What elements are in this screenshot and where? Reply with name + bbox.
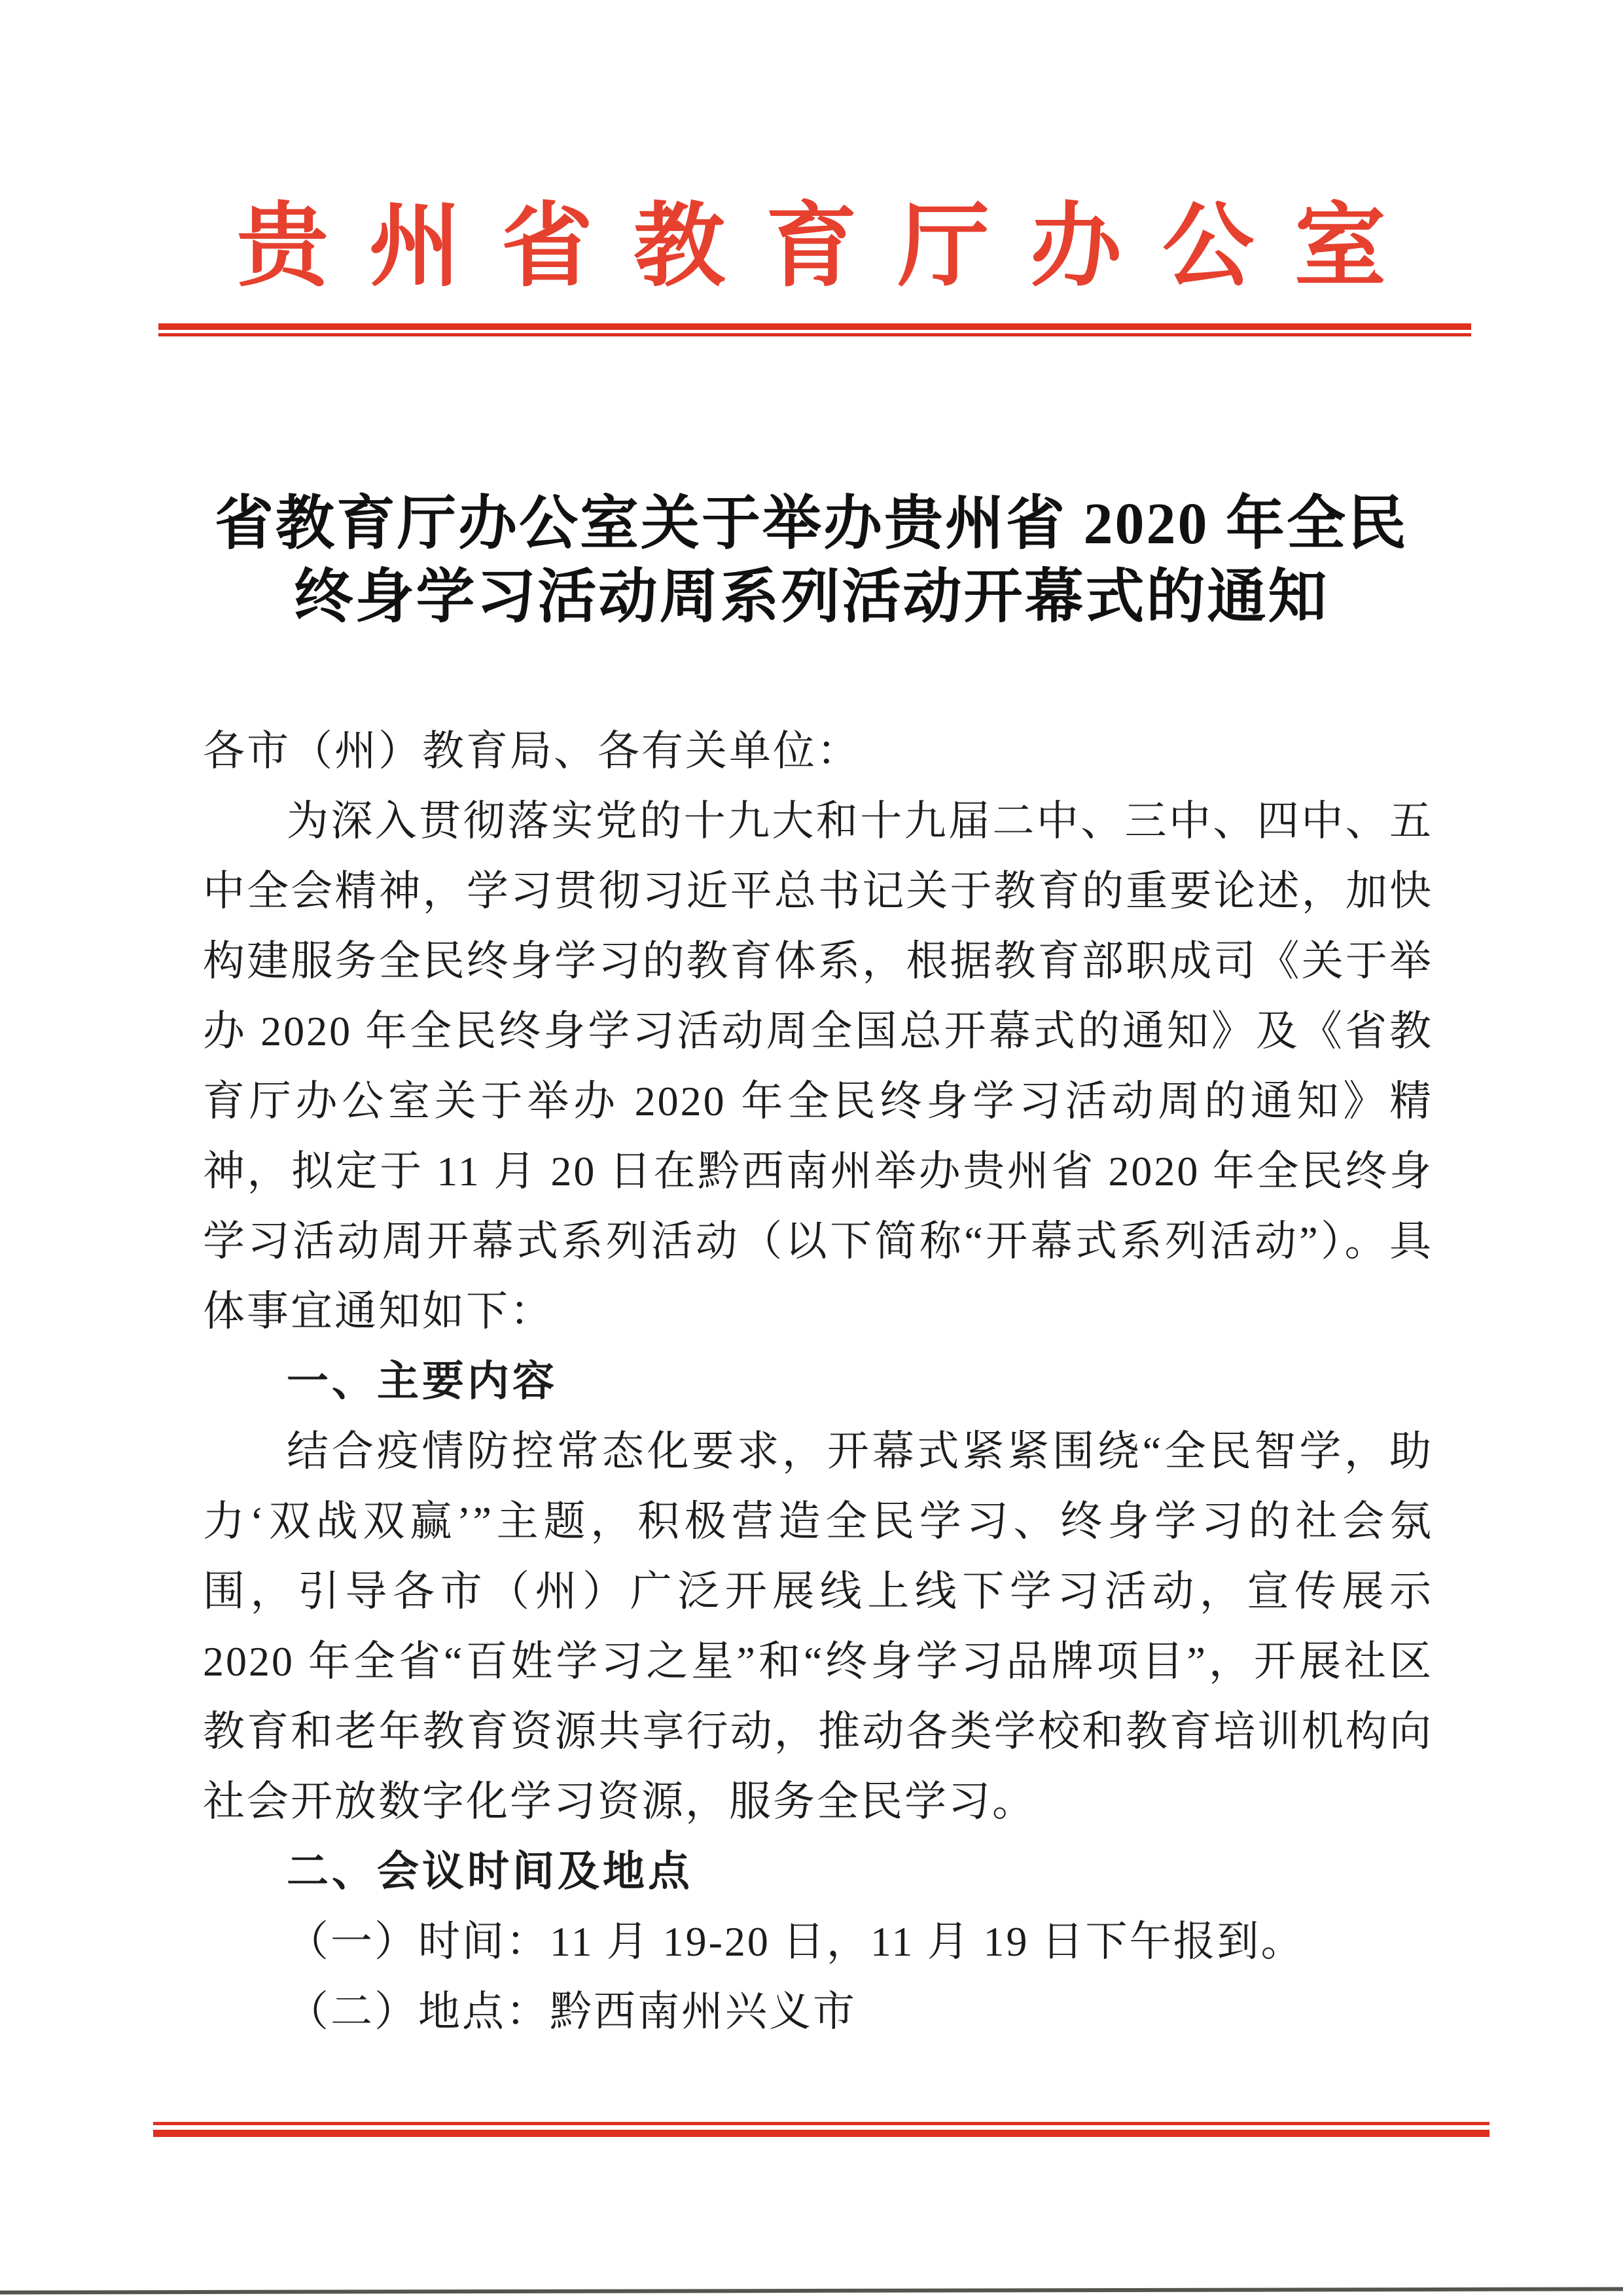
letterhead-divider-thin-line [158, 333, 1471, 336]
section-2-item-time: （一）时间：11 月 19-20 日，11 月 19 日下午报到。 [203, 1907, 1433, 1977]
document-title: 省教育厅办公室关于举办贵州省 2020 年全民 终身学习活动周系列活动开幕式的通… [0, 488, 1623, 634]
section-2-heading: 二、会议时间及地点 [203, 1837, 1433, 1907]
document-page: 贵州省教育厅办公室 省教育厅办公室关于举办贵州省 2020 年全民 终身学习活动… [0, 0, 1623, 2296]
footer-divider-thick-line [153, 2130, 1489, 2137]
letterhead-divider-thick-line [158, 323, 1471, 330]
document-body: 各市（州）教育局、各有关单位： 为深入贯彻落实党的十九大和十九届二中、三中、四中… [203, 716, 1433, 2047]
document-title-line2: 终身学习活动周系列活动开幕式的通知 [0, 561, 1623, 634]
footer-divider-thin-line [153, 2122, 1489, 2125]
salutation-line: 各市（州）教育局、各有关单位： [203, 716, 1433, 786]
section-1-heading: 一、主要内容 [203, 1346, 1433, 1416]
footer-divider [153, 2122, 1489, 2137]
intro-paragraph: 为深入贯彻落实党的十九大和十九届二中、三中、四中、五中全会精神，学习贯彻习近平总… [203, 786, 1433, 1346]
letterhead-divider [158, 323, 1471, 336]
scan-edge-artifact [0, 2287, 1623, 2294]
section-2-item-place: （二）地点：黔西南州兴义市 [203, 1977, 1433, 2047]
letterhead-org-name: 贵州省教育厅办公室 [20, 195, 1623, 300]
section-1-paragraph: 结合疫情防控常态化要求，开幕式紧紧围绕“全民智学，助力‘双战双赢’”主题，积极营… [203, 1416, 1433, 1837]
document-title-line1: 省教育厅办公室关于举办贵州省 2020 年全民 [0, 488, 1623, 561]
